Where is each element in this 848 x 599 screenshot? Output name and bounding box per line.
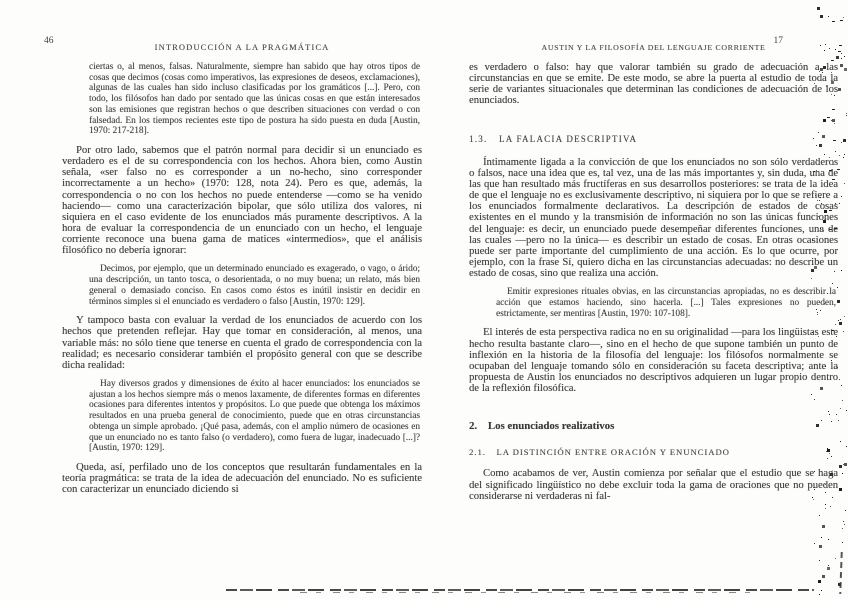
quote: Emitir expresiones rituales obvias, en l… [496, 287, 836, 319]
scan-noise-bottom-specks [0, 0, 1, 1]
paragraph: Íntimamente ligada a la convicción de qu… [469, 157, 838, 280]
quote-cont: ciertas o, al menos, falsas. Naturalment… [89, 62, 420, 137]
quote: Decimos, por ejemplo, que un determinado… [89, 264, 420, 307]
right-page-header: AUSTIN Y LA FILOSOFÍA DEL LENGUAJE CORRI… [469, 37, 838, 49]
page-number: 17 [774, 36, 784, 46]
paragraph: Queda, así, perfilado uno de los concept… [62, 462, 422, 495]
quote: Hay diversos grados y dimensiones de éxi… [89, 379, 420, 454]
page-number: 46 [44, 36, 54, 46]
paragraph: Y tampoco basta con evaluar la verdad de… [62, 315, 422, 371]
running-title: AUSTIN Y LA FILOSOFÍA DEL LENGUAJE CORRI… [542, 43, 766, 52]
right-page-body: es verdadero o falso: hay que valorar ta… [469, 62, 838, 502]
left-page-header: 46 INTRODUCCIÓN A LA PRAGMÁTICA [62, 37, 422, 49]
subheading: 2.1. LA DISTINCIÓN ENTRE ORACIÓN Y ENUNC… [469, 447, 838, 457]
scan-noise-bottom-band [226, 589, 814, 591]
paragraph-cont: es verdadero o falso: hay que valorar ta… [469, 62, 838, 107]
section-heading: 1.3. LA FALACIA DESCRIPTIVA [469, 134, 838, 144]
scanned-book-spread: 46 INTRODUCCIÓN A LA PRAGMÁTICA ciertas … [0, 0, 848, 599]
running-title: INTRODUCCIÓN A LA PRAGMÁTICA [155, 43, 330, 52]
right-page: AUSTIN Y LA FILOSOFÍA DEL LENGUAJE CORRI… [469, 37, 838, 502]
paragraph: Como acabamos de ver, Austin comienza po… [469, 468, 838, 501]
left-page-body: ciertas o, al menos, falsas. Naturalment… [62, 62, 422, 495]
scan-noise-right-edge [0, 0, 1, 1]
scan-noise-corner-squiggle [839, 552, 842, 594]
paragraph: Por otro lado, sabemos que el patrón nor… [62, 145, 422, 257]
left-page: 46 INTRODUCCIÓN A LA PRAGMÁTICA ciertas … [62, 37, 422, 495]
chapter-heading: 2. Los enunciados realizativos [469, 420, 838, 432]
scan-noise-bottom-band-faint [300, 592, 760, 593]
paragraph: El interés de esta perspectiva radica no… [469, 327, 838, 394]
